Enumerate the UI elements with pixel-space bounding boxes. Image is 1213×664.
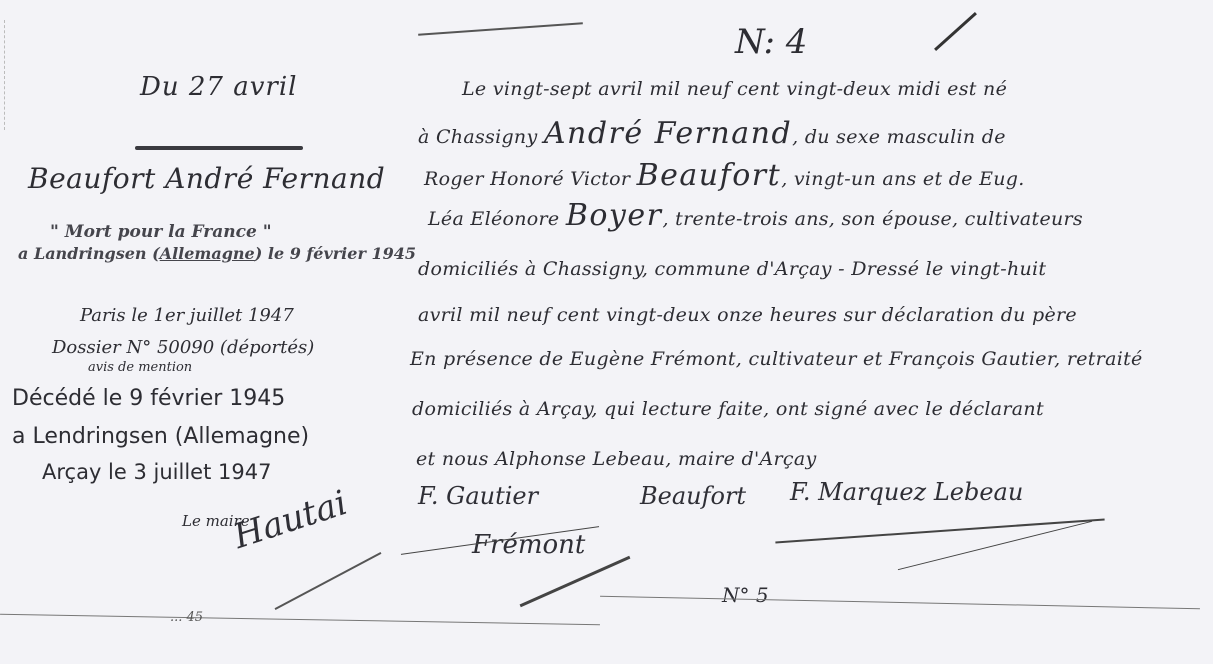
signature-gautier: F. Gautier [418,482,538,510]
body-line-2: à Chassigny André Fernand, du sexe mascu… [418,116,1006,151]
cut-off-text: ... 45 [170,610,203,625]
signature-flourish-fremont [520,556,631,608]
body-line-1: Le vingt-sept avril mil neuf cent vingt-… [462,78,1007,100]
body-line-6: avril mil neuf cent vingt-deux onze heur… [418,304,1077,326]
death-place-country: Allemagne [160,244,255,263]
margin-divider [135,146,303,150]
next-act-number: N° 5 [722,583,769,607]
line-3-post: , vingt-un ans et de Eug. [781,168,1024,190]
mort-pour-la-france-mention: " Mort pour la France " [50,222,272,242]
signature-flourish-lebeau [898,521,1092,570]
register-page: Du 27 avril Beaufort André Fernand " Mor… [0,0,1213,664]
bottom-rule-left [0,614,600,625]
body-line-7: En présence de Eugène Frémont, cultivate… [410,348,1143,370]
margin-arcay-date: Arçay le 3 juillet 1947 [42,460,271,484]
child-given-names: André Fernand [544,116,792,151]
line-3-pre: Roger Honoré Victor [424,168,637,190]
margin-paris-date: Paris le 1er juillet 1947 [80,305,294,326]
body-line-9: et nous Alphonse Lebeau, maire d'Arçay [416,448,817,470]
signature-fremont: Frémont [472,530,585,560]
body-line-4: Léa Eléonore Boyer, trente-trois ans, so… [428,198,1083,233]
father-surname: Beaufort [637,158,782,193]
header-rule [418,22,583,36]
death-place-suffix: ) le 9 février 1945 [255,244,416,263]
margin-dossier-number: Dossier N° 50090 (déportés) [52,337,314,358]
death-place-prefix: a Landringsen ( [18,244,160,263]
line-4-pre: Léa Eléonore [428,208,566,230]
mother-surname: Boyer [566,198,663,233]
body-line-8: domiciliés à Arçay, qui lecture faite, o… [412,398,1044,420]
line-2-post: , du sexe masculin de [792,126,1006,148]
act-number: N: 4 [735,22,807,62]
body-line-3: Roger Honoré Victor Beaufort, vingt-un a… [424,158,1025,193]
maire-signature-flourish [275,552,382,610]
body-line-5: domiciliés à Chassigny, commune d'Arçay … [418,258,1046,280]
maire-signature: Hautai [229,483,352,557]
margin-death-location: a Lendringsen (Allemagne) [12,424,309,449]
bottom-rule-right [600,596,1200,610]
signature-lebeau: F. Marquez Lebeau [790,478,1023,506]
margin-child-name: Beaufort André Fernand [28,162,385,195]
line-4-post: , trente-trois ans, son épouse, cultivat… [662,208,1083,230]
page-edge-mark [4,20,6,130]
margin-death-date: Décédé le 9 février 1945 [12,386,285,411]
header-slash-mark [934,12,977,51]
signature-underline-lebeau [775,518,1104,543]
line-2-pre: à Chassigny [418,126,544,148]
margin-date: Du 27 avril [140,72,297,102]
margin-avis: avis de mention [88,360,192,375]
signature-beaufort: Beaufort [640,482,746,510]
margin-death-place: a Landringsen (Allemagne) le 9 février 1… [18,244,416,263]
